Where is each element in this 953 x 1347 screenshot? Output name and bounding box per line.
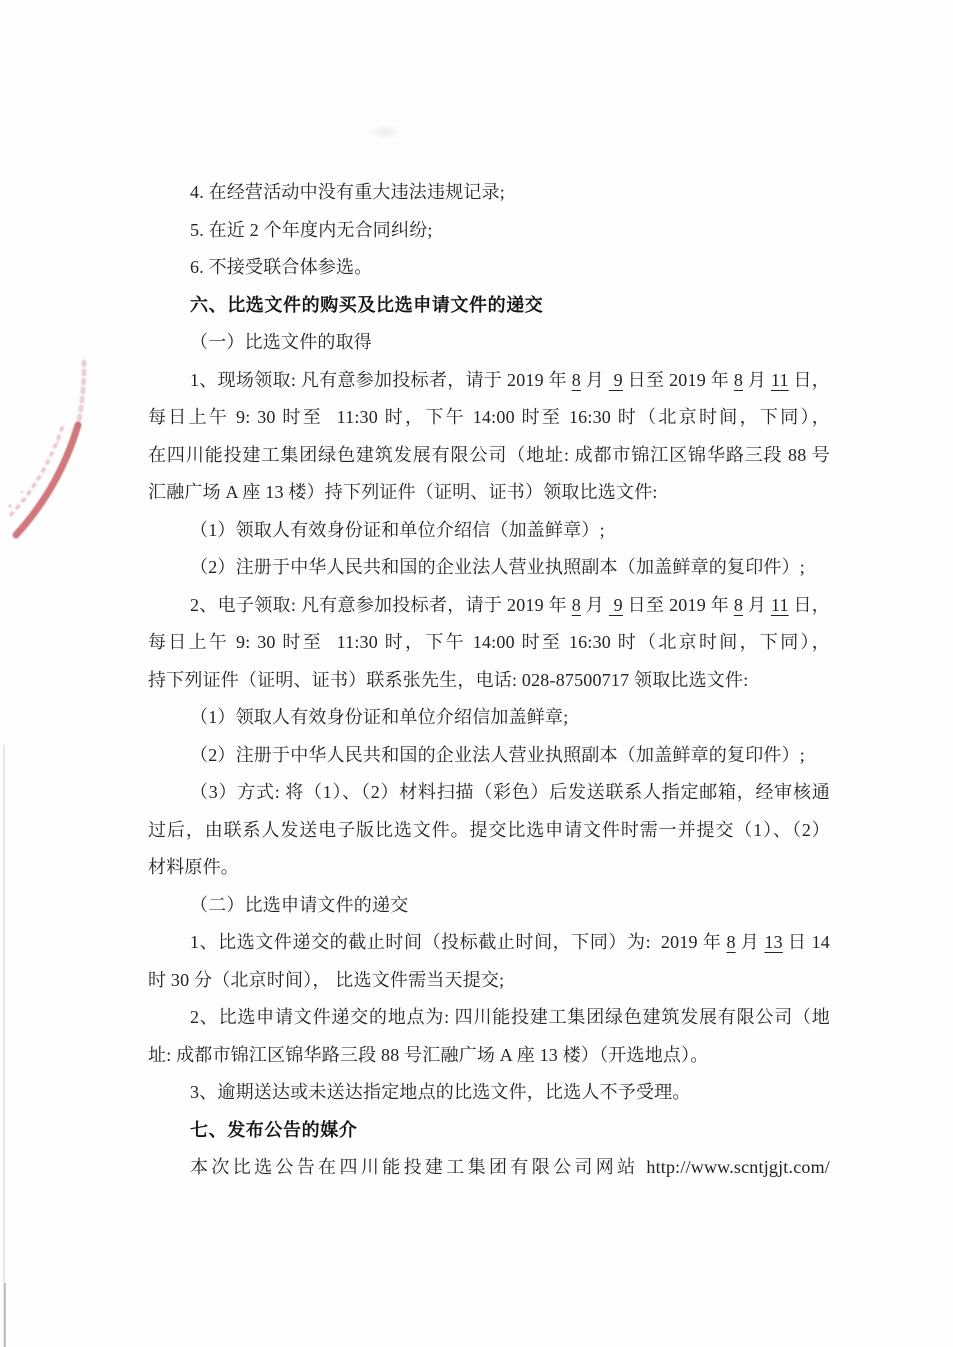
- announcement-media-line: 本次比选公告在四川能投建工集团有限公司网站 http://www.scntjgj…: [148, 1149, 830, 1187]
- scan-edge-line-dark: [4, 1283, 6, 1347]
- item-6: 6. 不接受联合体参选。: [148, 249, 830, 287]
- onsite-doc-2: （2）注册于中华人民共和国的企业法人营业执照副本（加盖鲜章的复印件）;: [148, 549, 830, 587]
- electronic-method-line-3: 材料原件。: [148, 849, 830, 887]
- electronic-method-line-2: 过后，由联系人发送电子版比选文件。提交比选申请文件时需一并提交（1）、（2）: [148, 812, 830, 850]
- onsite-pickup-line-4: 汇融广场 A 座 13 楼）持下列证件（证明、证书）领取比选文件:: [148, 474, 830, 512]
- late-delivery-note: 3、逾期送达或未送达指定地点的比选文件，比选人不予受理。: [148, 1074, 830, 1112]
- electronic-pickup-line-3: 持下列证件（证明、证书）联系张先生，电话: 028-87500717 领取比选文…: [148, 662, 830, 700]
- onsite-pickup-line-3: 在四川能投建工集团绿色建筑发展有限公司（地址: 成都市锦江区锦华路三段 88 号: [148, 437, 830, 475]
- submission-location-line-1: 2、比选申请文件递交的地点为: 四川能投建工集团绿色建筑发展有限公司（地: [148, 999, 830, 1037]
- onsite-pickup-line-2: 每日上午 9: 30 时至 11:30 时，下午 14:00 时至 16:30 …: [148, 399, 830, 437]
- electronic-doc-1: （1）领取人有效身份证和单位介绍信加盖鲜章;: [148, 699, 830, 737]
- document-page: 4. 在经营活动中没有重大违法违规记录;5. 在近 2 个年度内无合同纠纷;6.…: [0, 0, 953, 1347]
- onsite-pickup-line-1: 1、现场领取: 凡有意参加投标者，请于 2019 年 8 月 9 日至 2019…: [148, 362, 830, 400]
- scan-smudge: [368, 124, 402, 140]
- deadline-line-2: 时 30 分（北京时间）， 比选文件需当天提交;: [148, 962, 830, 1000]
- scan-edge-line: [3, 745, 5, 1347]
- deadline-line-1: 1、比选文件递交的截止时间（投标截止时间，下同）为: 2019 年 8 月 13…: [148, 924, 830, 962]
- onsite-doc-1: （1）领取人有效身份证和单位介绍信（加盖鲜章）;: [148, 512, 830, 550]
- sub-1-heading: （一）比选文件的取得: [148, 324, 830, 362]
- red-stamp-arc-icon: [0, 330, 120, 570]
- electronic-method-line-1: （3）方式: 将（1）、（2）材料扫描（彩色）后发送联系人指定邮箱，经审核通: [148, 774, 830, 812]
- item-4: 4. 在经营活动中没有重大违法违规记录;: [148, 174, 830, 212]
- section-6-heading: 六、比选文件的购买及比选申请文件的递交: [148, 287, 830, 325]
- electronic-doc-2: （2）注册于中华人民共和国的企业法人营业执照副本（加盖鲜章的复印件）;: [148, 737, 830, 775]
- section-7-heading: 七、发布公告的媒介: [148, 1112, 830, 1150]
- document-body-text: 4. 在经营活动中没有重大违法违规记录;5. 在近 2 个年度内无合同纠纷;6.…: [148, 174, 830, 1187]
- electronic-pickup-line-2: 每日上午 9: 30 时至 11:30 时，下午 14:00 时至 16:30 …: [148, 624, 830, 662]
- sub-2-heading: （二）比选申请文件的递交: [148, 887, 830, 925]
- item-5: 5. 在近 2 个年度内无合同纠纷;: [148, 212, 830, 250]
- submission-location-line-2: 址: 成都市锦江区锦华路三段 88 号汇融广场 A 座 13 楼）（开选地点）。: [148, 1037, 830, 1075]
- electronic-pickup-line-1: 2、电子领取: 凡有意参加投标者，请于 2019 年 8 月 9 日至 2019…: [148, 587, 830, 625]
